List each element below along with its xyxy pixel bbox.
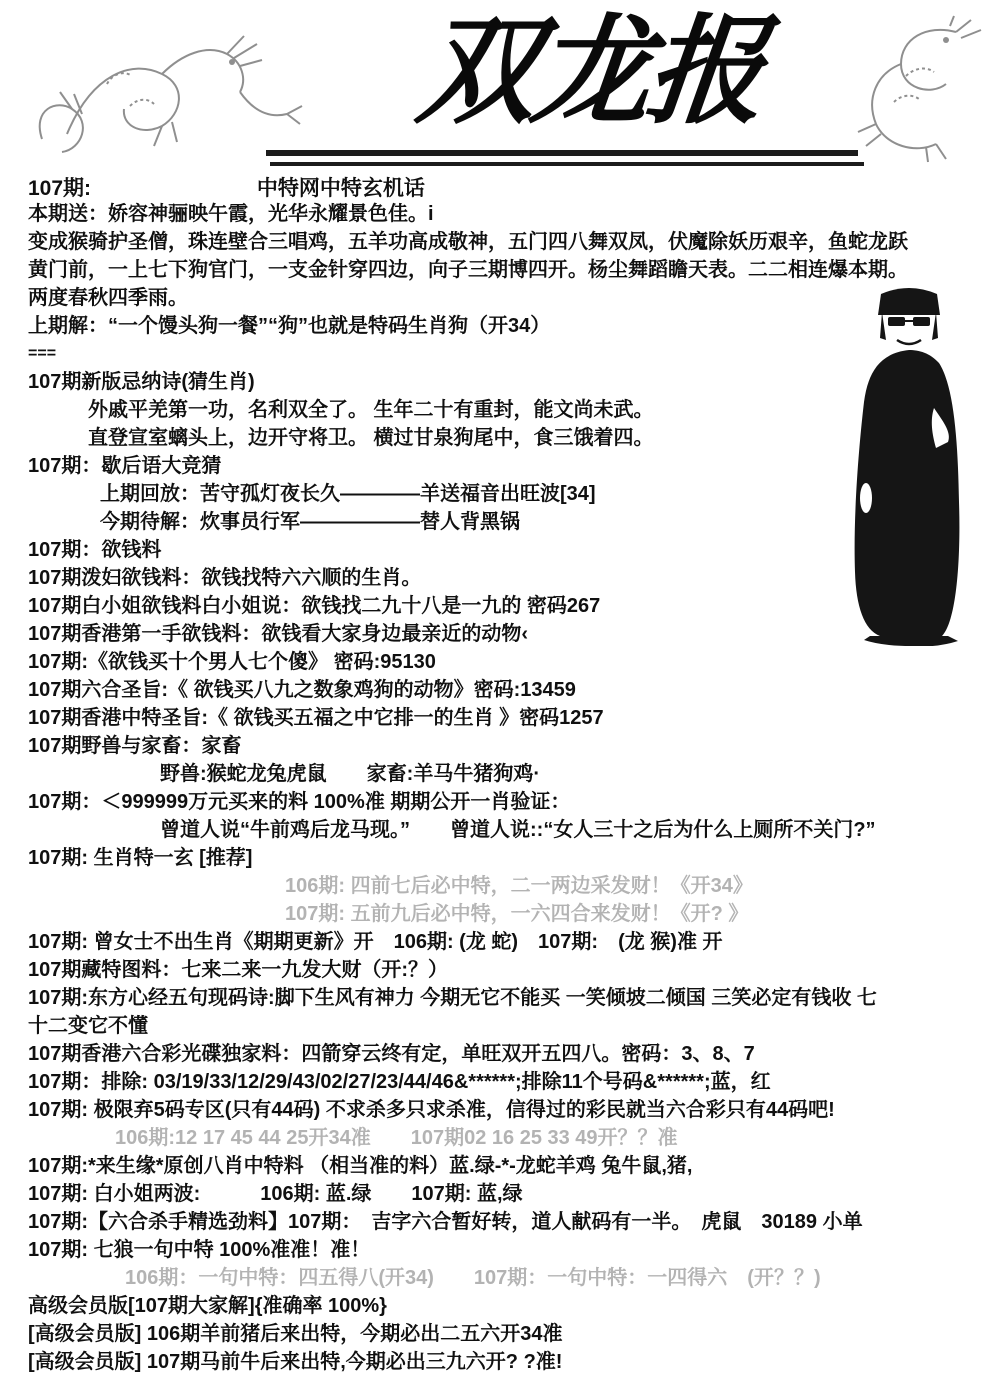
title-underline-bottom [270,162,864,166]
text-line: 107期藏特图料：七来二来一九发大财（开:？） [0,956,1003,984]
text-line: 107期: 五前九后必中特，一六四合来发财！《开? 》 [0,900,1003,928]
text-line: 106期:12 17 45 44 25开34准 107期02 16 25 33 … [0,1124,1003,1152]
text-line: 高级会员版[107期大家解]{准确率 100%} [0,1292,1003,1320]
text-line: 107期: 白小姐两波: 106期: 蓝.绿 107期: 蓝,绿 [0,1180,1003,1208]
subtitle-row: 107期: 中特网中特玄机话 [0,172,1003,198]
text-line: 107期:东方心经五句现码诗:脚下生风有神力 今期无它不能买 一笑倾坡二倾国 三… [0,984,1003,1012]
text-line: 曾道人说“牛前鸡后龙马现。” 曾道人说::“女人三十之后为什么上厕所不关门?” [0,816,1003,844]
text-line: 本期送：娇容神骊映午霞，光华永耀景色佳。i [0,200,1003,228]
text-line: 黄门前，一上七下狗官门，一支金针穿四边，向子三期博四开。杨尘舞蹈瞻天表。二二相连… [0,256,1003,284]
text-line: 107期: 极限弃5码专区(只有44码) 不求杀多只求杀准，信得过的彩民就当六合… [0,1096,1003,1124]
text-line: 107期: 七狼一句中特 100%准准！准！ [0,1236,1003,1264]
masthead: 双龙报 [0,0,1003,172]
master-portrait-icon [818,288,1000,646]
text-line: 变成猴骑护圣僧，珠连壁合三唱鸡，五羊功高成敬神，五门四八舞双凤，伏魔除妖历艰辛，… [0,228,1003,256]
text-line: 107期香港中特圣旨:《 欲钱买五福之中它排一的生肖 》密码1257 [0,704,1003,732]
text-line: 106期：一句中特：四五得八(开34) 107期：一句中特：一四得六 (开？？) [0,1264,1003,1292]
text-line: 107期：排除: 03/19/33/12/29/43/02/27/23/44/4… [0,1068,1003,1096]
text-line: 107期香港六合彩光碟独家料：四箭穿云终有定，单旺双开五四八。密码：3、8、7 [0,1040,1003,1068]
text-line: 野兽:猴蛇龙兔虎鼠 家畜:羊马牛猪狗鸡· [0,760,1003,788]
text-line: 107期:*来生缘*原创八肖中特料 （相当准的料）蓝.绿-*-龙蛇羊鸡 兔牛鼠,… [0,1152,1003,1180]
text-line: 107期:【六合杀手精选劲料】107期： 吉字六合暂好转，道人献码有一半。 虎鼠… [0,1208,1003,1236]
text-line: 106期: 四前七后必中特，二一两边采发财！《开34》 [0,872,1003,900]
page-title: 双龙报 [293,8,887,138]
text-line: 107期:《欲钱买十个男人七个傻》 密码:95130 [0,648,1003,676]
issue-label: 107期: [28,177,91,200]
text-line: [高级会员版] 107期马前牛后来出特,今期必出三九六开? ?准! [0,1348,1003,1376]
title-underline-top [266,150,858,156]
text-line: 107期：＜999999万元买来的料 100%准 期期公开一肖验证： [0,788,1003,816]
text-line: 107期: 曾女士不出生肖《期期更新》开 106期: (龙 蛇) 107期: (… [0,928,1003,956]
text-line: 107期: 生肖特一玄 [推荐] [0,844,1003,872]
text-line: 十二变它不懂 [0,1012,1003,1040]
subtitle: 中特网中特玄机话 [257,177,425,200]
text-line: [高级会员版] 106期羊前猪后来出特，今期必出二五六开34准 [0,1320,1003,1348]
text-line: 107期野兽与家畜：家畜 [0,732,1003,760]
text-line: 107期六合圣旨:《 欲钱买八九之数象鸡狗的动物》密码:13459 [0,676,1003,704]
